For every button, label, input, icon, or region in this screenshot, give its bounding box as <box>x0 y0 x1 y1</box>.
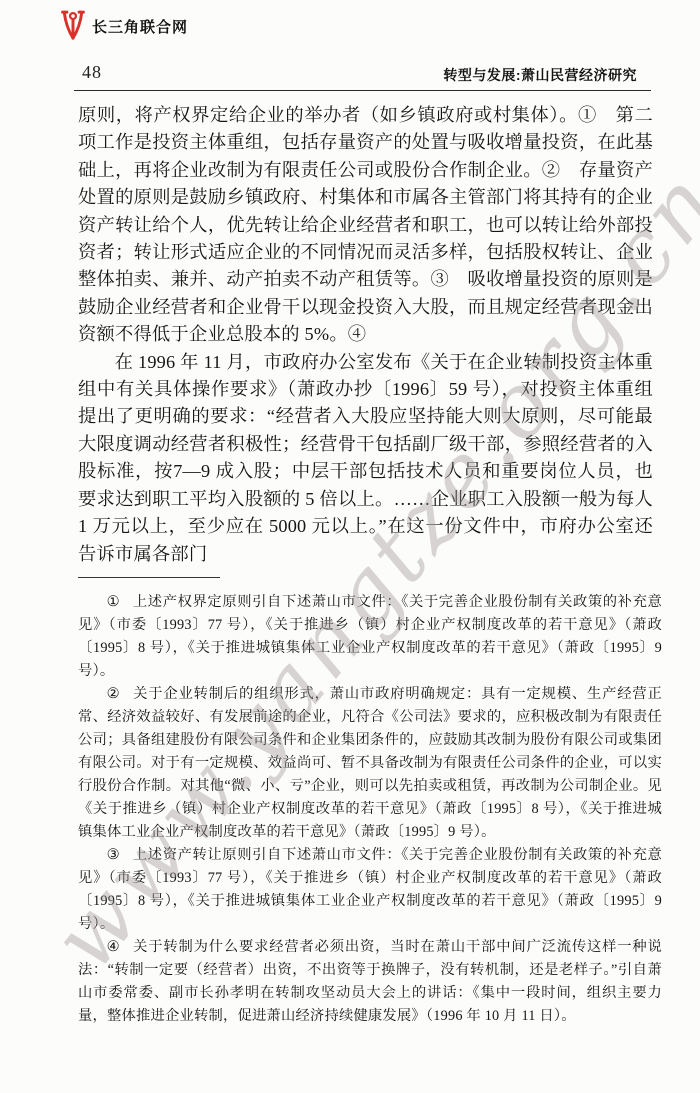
footnote-marker: ① <box>107 594 120 610</box>
footnote: ③上述资产转让原则引自下述萧山市文件：《关于完善企业股份制有关政策的补充意见》（… <box>78 844 662 936</box>
site-logo-label: 长三角联合网 <box>92 16 188 37</box>
footnote: ④关于转制为什么要求经营者必须出资，当时在萧山干部中间广泛流传这样一种说法：“转… <box>78 936 662 1028</box>
running-header: 48 转型与发展:萧山民营经济研究 <box>76 62 651 84</box>
footnote-text: 上述资产转让原则引自下述萧山市文件：《关于完善企业股份制有关政策的补充意见》（市… <box>78 847 662 932</box>
page-number: 48 <box>82 62 102 83</box>
page-content: 原则，将产权界定给企业的举办者（如乡镇政府或村集体）。① 第二项工作是投资主体重… <box>78 102 662 1028</box>
footnote-text: 关于企业转制后的组织形式，萧山市政府明确规定：具有一定规模、生产经营正常、经济效… <box>78 686 662 840</box>
body-text: 原则，将产权界定给企业的举办者（如乡镇政府或村集体）。① 第二项工作是投资主体重… <box>78 102 653 568</box>
psi-flower-icon <box>60 8 86 44</box>
body-paragraph: 原则，将产权界定给企业的举办者（如乡镇政府或村集体）。① 第二项工作是投资主体重… <box>78 102 653 349</box>
body-paragraph: 在 1996 年 11 月，市政府办公室发布《关于在企业转制投资主体重组中有关具… <box>78 349 653 568</box>
scanned-page: 长三角联合网 48 转型与发展:萧山民营经济研究 原则，将产权界定给企业的举办者… <box>0 0 700 1093</box>
footnote-separator <box>78 577 220 578</box>
site-logo: 长三角联合网 <box>60 8 188 44</box>
footnote-text: 上述产权界定原则引自下述萧山市文件：《关于完善企业股份制有关政策的补充意见》（市… <box>78 594 662 679</box>
footnote-marker: ③ <box>107 847 120 863</box>
footnote: ①上述产权界定原则引自下述萧山市文件：《关于完善企业股份制有关政策的补充意见》（… <box>78 591 662 683</box>
footnotes-section: ①上述产权界定原则引自下述萧山市文件：《关于完善企业股份制有关政策的补充意见》（… <box>78 591 662 1028</box>
footnote: ②关于企业转制后的组织形式，萧山市政府明确规定：具有一定规模、生产经营正常、经济… <box>78 683 662 844</box>
running-title: 转型与发展:萧山民营经济研究 <box>443 65 637 85</box>
footnote-text: 关于转制为什么要求经营者必须出资，当时在萧山干部中间广泛流传这样一种说法：“转制… <box>78 939 662 1024</box>
header-rule <box>74 90 651 91</box>
footnote-marker: ② <box>107 686 121 702</box>
footnote-marker: ④ <box>107 939 121 955</box>
